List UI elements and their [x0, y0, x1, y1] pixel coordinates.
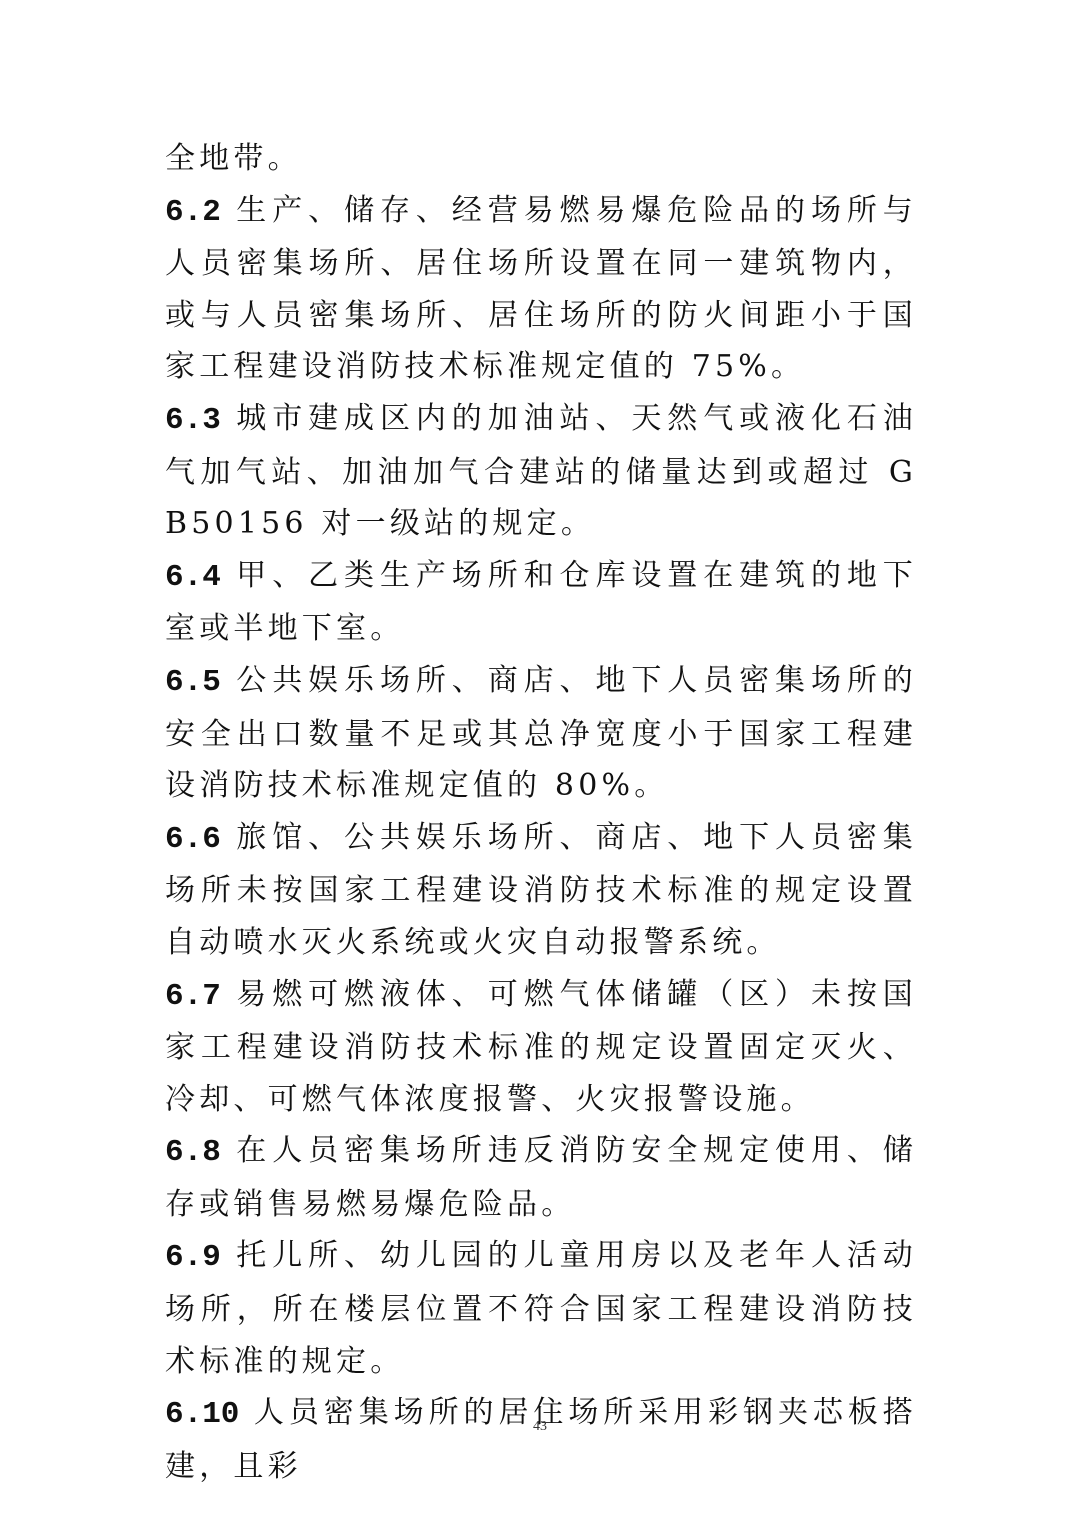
clause-number: 6.2 — [165, 195, 221, 230]
clause-6-9: 6.9 托儿所、幼儿园的儿童用房以及老年人活动场所，所在楼层位置不符合国家工程建… — [165, 1230, 917, 1387]
clause-6-2: 6.2 生产、储存、经营易燃易爆危险品的场所与人员密集场所、居住场所设置在同一建… — [165, 185, 917, 393]
clause-text: 生产、储存、经营易燃易爆危险品的场所与人员密集场所、居住场所设置在同一建筑物内，… — [165, 193, 917, 385]
clause-text: 公共娱乐场所、商店、地下人员密集场所的安全出口数量不足或其总净宽度小于国家工程建… — [165, 663, 917, 803]
clause-text: 人员密集场所的居住场所采用彩钢夹芯板搭建，且彩 — [165, 1395, 917, 1484]
clause-number: 6.4 — [165, 560, 221, 595]
clause-text: 在人员密集场所违反消防安全规定使用、储存或销售易燃易爆危险品。 — [165, 1133, 917, 1222]
document-body: 全地带。 6.2 生产、储存、经营易燃易爆危险品的场所与人员密集场所、居住场所设… — [165, 133, 917, 1492]
page-number: 43 — [0, 1419, 1080, 1435]
clause-text: 易燃可燃液体、可燃气体储罐（区）未按国家工程建设消防技术标准的规定设置固定灭火、… — [165, 977, 917, 1117]
clause-number: 6.3 — [165, 403, 221, 438]
clause-6-5: 6.5 公共娱乐场所、商店、地下人员密集场所的安全出口数量不足或其总净宽度小于国… — [165, 655, 917, 812]
paragraph-continuation: 全地带。 — [165, 133, 917, 185]
clause-6-6: 6.6 旅馆、公共娱乐场所、商店、地下人员密集场所未按国家工程建设消防技术标准的… — [165, 812, 917, 969]
clause-number: 6.7 — [165, 979, 221, 1014]
clause-6-8: 6.8 在人员密集场所违反消防安全规定使用、储存或销售易燃易爆危险品。 — [165, 1125, 917, 1230]
clause-6-10: 6.10 人员密集场所的居住场所采用彩钢夹芯板搭建，且彩 — [165, 1387, 917, 1492]
clause-text: 托儿所、幼儿园的儿童用房以及老年人活动场所，所在楼层位置不符合国家工程建设消防技… — [165, 1238, 917, 1378]
clause-text: 城市建成区内的加油站、天然气或液化石油气加气站、加油加气合建站的储量达到或超过 … — [165, 401, 917, 541]
clause-number: 6.6 — [165, 822, 221, 857]
clause-6-4: 6.4 甲、乙类生产场所和仓库设置在建筑的地下室或半地下室。 — [165, 550, 917, 655]
clause-text: 旅馆、公共娱乐场所、商店、地下人员密集场所未按国家工程建设消防技术标准的规定设置… — [165, 820, 917, 960]
clause-number: 6.9 — [165, 1240, 221, 1275]
clause-text: 甲、乙类生产场所和仓库设置在建筑的地下室或半地下室。 — [165, 558, 917, 647]
clause-number: 6.5 — [165, 665, 221, 700]
clause-6-7: 6.7 易燃可燃液体、可燃气体储罐（区）未按国家工程建设消防技术标准的规定设置固… — [165, 969, 917, 1126]
clause-number: 6.8 — [165, 1135, 221, 1170]
clause-6-3: 6.3 城市建成区内的加油站、天然气或液化石油气加气站、加油加气合建站的储量达到… — [165, 393, 917, 550]
